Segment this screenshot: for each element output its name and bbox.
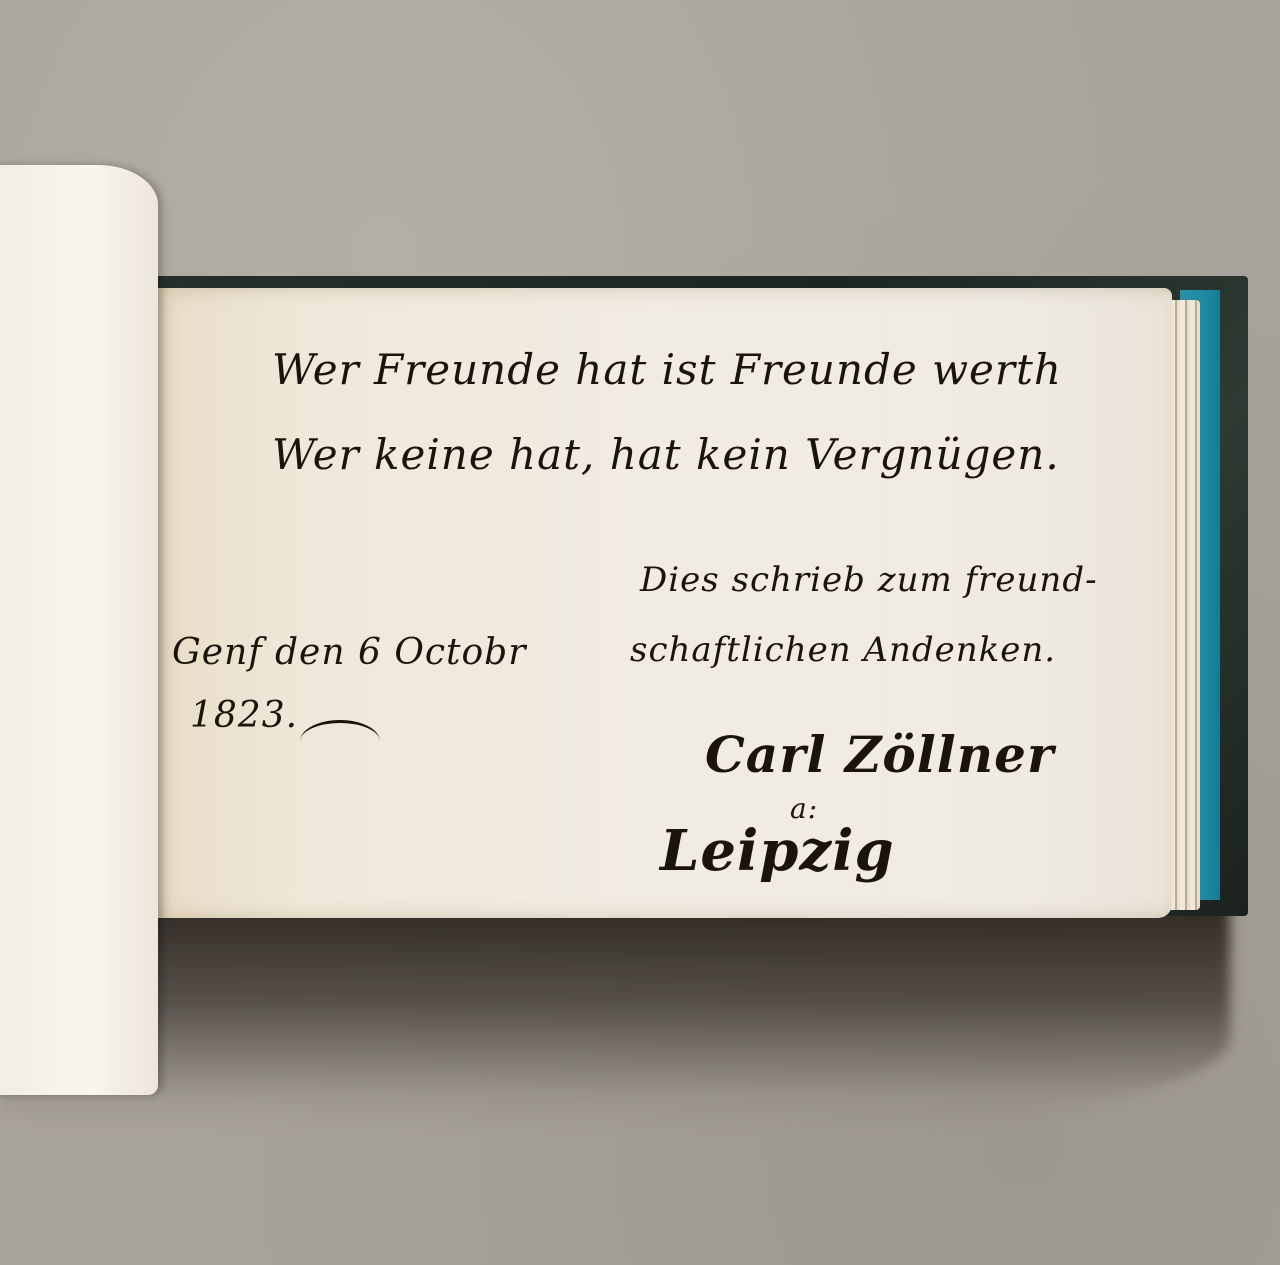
place-date-line-1: Genf den 6 Octobr	[172, 632, 526, 673]
dedication-line-2: schaftlichen Andenken.	[630, 630, 1056, 670]
signature: Carl Zöllner	[705, 725, 1054, 784]
verse-line-1: Wer Freunde hat ist Freunde werth	[272, 345, 1062, 394]
verse-line-2: Wer keine hat, hat kein Vergnügen.	[272, 430, 1060, 479]
dedication-line-1: Dies schrieb zum freund-	[640, 560, 1098, 600]
pen-flourish	[300, 720, 380, 763]
left-page-curl	[0, 165, 158, 1095]
place-date-line-2: 1823.	[190, 695, 298, 736]
book-shadow	[0, 900, 1230, 1130]
city-name: Leipzig	[660, 818, 895, 884]
